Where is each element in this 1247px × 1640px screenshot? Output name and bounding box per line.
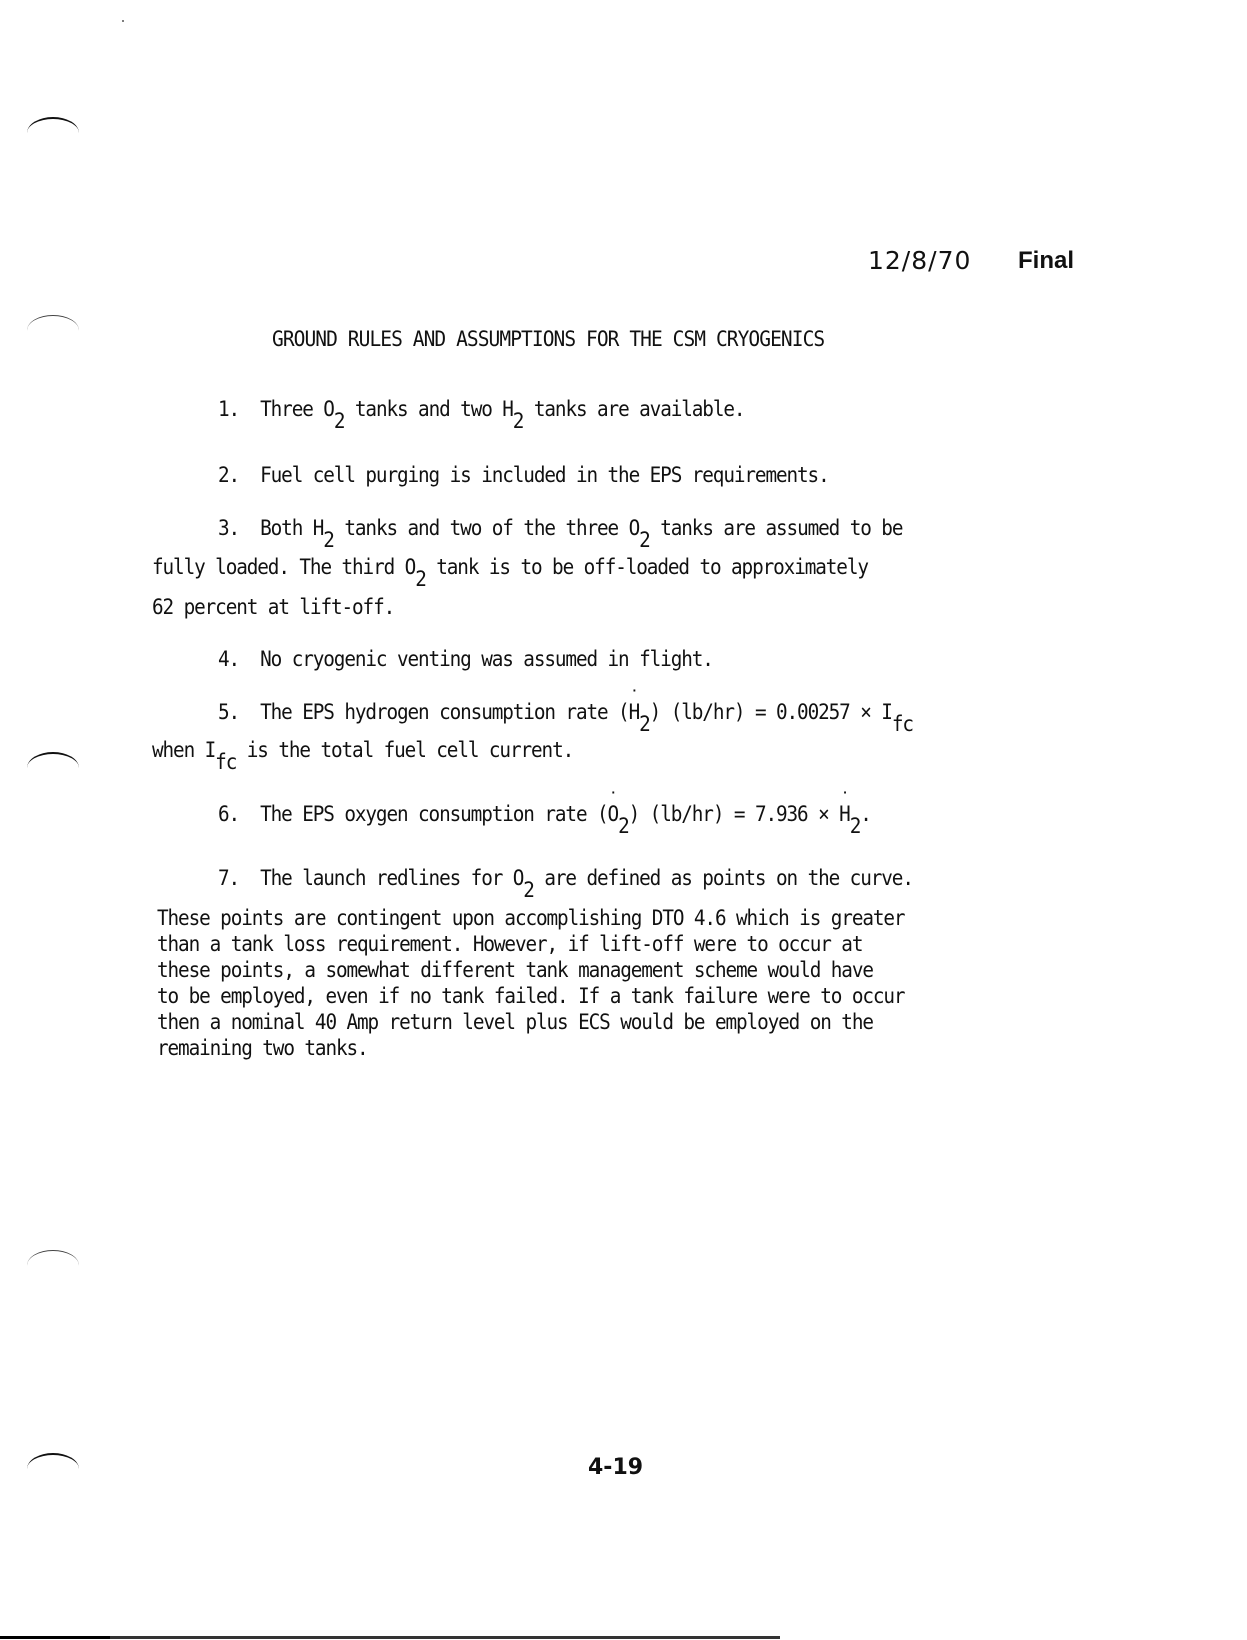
list-item-5-line-2: when Ifc is the total fuel cell current.: [152, 738, 573, 762]
page-title: GROUND RULES AND ASSUMPTIONS FOR THE CSM…: [272, 327, 824, 351]
o-dot-symbol: O: [608, 802, 619, 826]
list-item-3-line-1: 3. Both H2 tanks and two of the three O2…: [218, 516, 902, 540]
item-number: 2.: [218, 463, 239, 487]
list-item-7-line-1: 7. The launch redlines for O2 are define…: [218, 866, 913, 890]
item-number: 1.: [218, 397, 239, 421]
item-number: 5.: [218, 700, 239, 724]
list-item-2: 2. Fuel cell purging is included in the …: [218, 463, 829, 487]
document-date: 12/8/70: [868, 246, 971, 275]
scan-edge-rule: [0, 1636, 110, 1639]
binder-arc-mark: [27, 117, 79, 149]
list-item-3-line-2: fully loaded. The third O2 tank is to be…: [152, 555, 868, 579]
page-number: 4-19: [588, 1455, 643, 1480]
h-dot-symbol: H: [839, 802, 850, 826]
binder-arc-mark: [27, 1453, 79, 1485]
item-number: 4.: [218, 647, 239, 671]
list-item-1: 1. Three O2 tanks and two H2 tanks are a…: [218, 397, 744, 421]
binder-arc-mark: [27, 315, 79, 346]
document-status: Final: [1018, 247, 1074, 275]
list-item-5-line-1: 5. The EPS hydrogen consumption rate (H2…: [218, 700, 913, 724]
scan-edge-rule: [0, 1636, 780, 1639]
item-number: 3.: [218, 516, 239, 540]
binder-arc-mark: [27, 752, 79, 784]
item-number: 6.: [218, 802, 239, 826]
item-number: 7.: [218, 866, 239, 890]
list-item-7-body: These points are contingent upon accompl…: [157, 905, 904, 1061]
list-item-6: 6. The EPS oxygen consumption rate (O2) …: [218, 802, 871, 826]
list-item-4: 4. No cryogenic venting was assumed in f…: [218, 647, 713, 671]
list-item-3-line-3: 62 percent at lift-off.: [152, 595, 394, 619]
h-dot-symbol: H: [629, 700, 640, 724]
binder-arc-mark: [27, 1250, 79, 1281]
scan-speck: [122, 20, 124, 22]
